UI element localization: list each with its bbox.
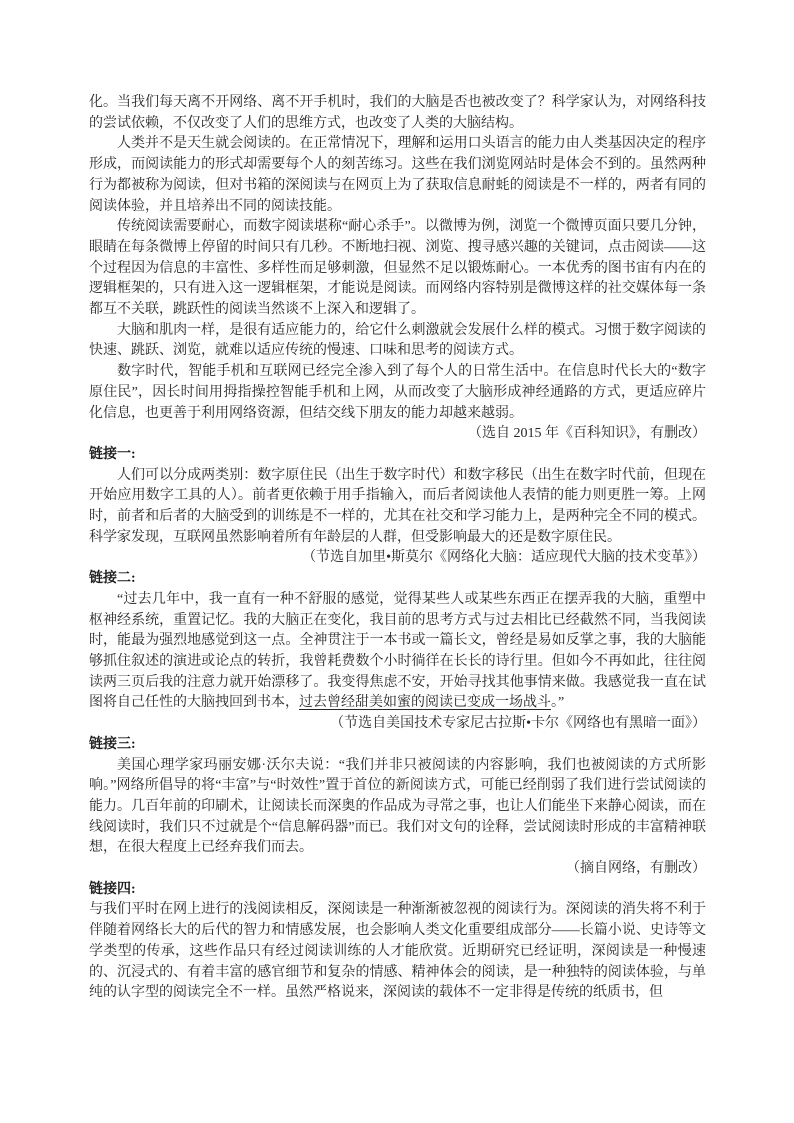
link3-heading: 链接三: — [89, 735, 706, 756]
link1-paragraph: 人们可以分成两类别：数字原住民（出生于数字时代）和数字移民（出生在数字时代前，但… — [89, 466, 706, 549]
link2-section: 链接二: “过去几年中，我一直有一种不舒服的感觉，觉得某些人或某些东西正在摆弄我… — [89, 569, 706, 735]
intro-source-attribution: （选自 2015 年《百科知识》，有删改） — [89, 424, 706, 445]
link3-section: 链接三: 美国心理学家玛丽安娜·沃尔夫说：“我们并非只被阅读的内容影响，我们也被… — [89, 735, 706, 880]
link2-heading: 链接二: — [89, 569, 706, 590]
intro-article: 化。当我们每天离不开网络、离不开手机时，我们的大脑是否也被改变了？科学家认为，对… — [89, 93, 706, 445]
intro-paragraph-1: 化。当我们每天离不开网络、离不开手机时，我们的大脑是否也被改变了？科学家认为，对… — [89, 93, 706, 134]
intro-paragraph-4: 大脑和肌肉一样，是很有适应能力的，给它什么刺激就会发展什么样的模式。习惯于数字阅… — [89, 321, 706, 362]
link4-paragraph: 与我们平时在网上进行的浅阅读相反，深阅读是一种渐渐被忽视的阅读行为。深阅读的消失… — [89, 900, 706, 1004]
link4-section: 链接四: 与我们平时在网上进行的浅阅读相反，深阅读是一种渐渐被忽视的阅读行为。深… — [89, 880, 706, 1004]
link2-text-before: “过去几年中，我一直有一种不舒服的感觉，觉得某些人或某些东西正在摆弄我的大脑，重… — [89, 592, 706, 711]
intro-paragraph-3: 传统阅读需要耐心，而数字阅读堪称“耐心杀手”。以微博为例，浏览一个微博页面只要几… — [89, 217, 706, 321]
intro-paragraph-2: 人类并不是天生就会阅读的。在正常情况下，理解和运用口头语言的能力由人类基因决定的… — [89, 134, 706, 217]
link4-heading: 链接四: — [89, 880, 706, 901]
link3-paragraph: 美国心理学家玛丽安娜·沃尔夫说：“我们并非只被阅读的内容影响，我们也被阅读的方式… — [89, 756, 706, 860]
link2-text-after: 。” — [551, 695, 564, 710]
document-page: 化。当我们每天离不开网络、离不开手机时，我们的大脑是否也被改变了？科学家认为，对… — [0, 0, 794, 1123]
intro-paragraph-5: 数字时代，智能手机和互联网已经完全渗入到了每个人的日常生活中。在信息时代长大的“… — [89, 362, 706, 424]
link2-underlined-phrase: 过去曾经甜美如蜜的阅读已变成一场战斗 — [299, 695, 551, 710]
link1-section: 链接一: 人们可以分成两类别：数字原住民（出生于数字时代）和数字移民（出生在数字… — [89, 445, 706, 569]
link2-paragraph: “过去几年中，我一直有一种不舒服的感觉，觉得某些人或某些东西正在摆弄我的大脑，重… — [89, 590, 706, 714]
link3-source-attribution: （摘自网络，有删改） — [89, 859, 706, 880]
link1-source-attribution: （节选自加里•斯莫尔《网络化大脑：适应现代大脑的技术变革》） — [89, 548, 706, 569]
link1-heading: 链接一: — [89, 445, 706, 466]
link2-source-attribution: （节选自美国技术专家尼古拉斯•卡尔《网络也有黑暗一面》） — [89, 714, 706, 735]
